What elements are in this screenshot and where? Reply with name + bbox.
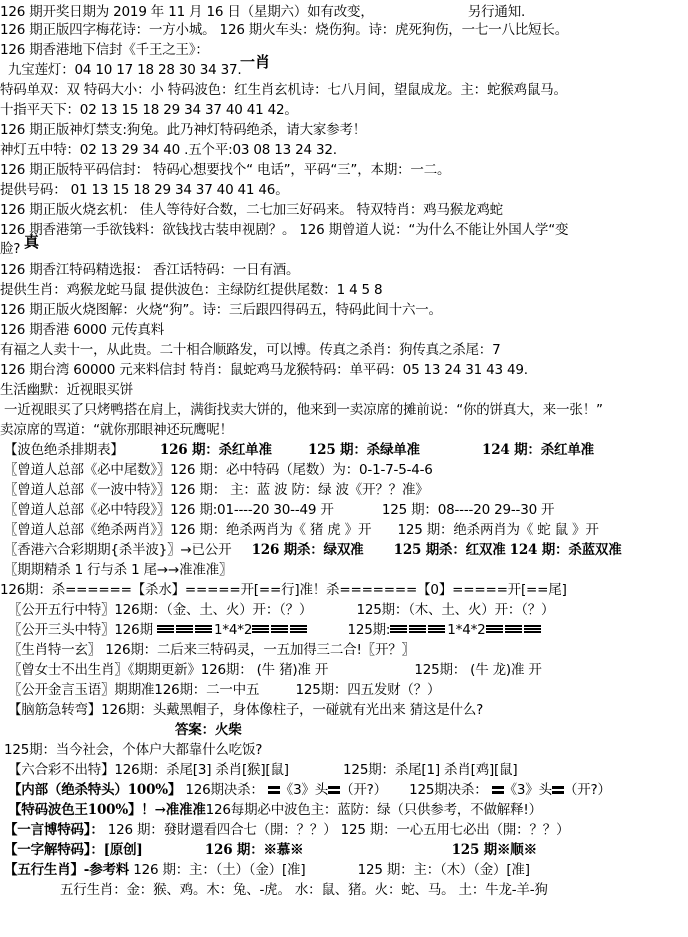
five-element-126: 〖公开五行中特〗126期：（金、土、火）开：（？）: [8, 602, 312, 618]
golden-words-line: 〖公开金言玉语〗期期准126期：二一中五 125期：四五发财（？）: [8, 681, 440, 699]
hk-first-hand-line: 126 期香港第一手欲钱料：欲钱找古装申视剧？。 126 期曾道人说：“为什么不…: [0, 221, 568, 239]
humor-body-line-1: 一近视眼买了只烤鸭搭在肩上，满街找卖大饼的，他来到一卖凉席的摊前说：“你的饼真大…: [4, 401, 603, 419]
inner-head-line: 【内部（绝杀特头）100%】 126期决杀： 《3》头（开?） 125期决杀： …: [8, 781, 611, 799]
five-elements-zodiac-line: 【五行生肖】-参考料 126 期：主：（土）（金）[准] 125 期：主：（木）…: [4, 861, 530, 879]
one-word-special-label: 【一言博特码】：: [4, 822, 104, 838]
kill-line: 126期：杀======【杀水】=====开[==行]准！杀=======【0】…: [0, 581, 567, 599]
hk-fax-title: 126 期香港 6000 元传真料: [0, 321, 164, 339]
draw-date-line: 126 期开奖日期为 2019 年 11 月 16 日（星期六）如有改变， 另行…: [0, 3, 525, 21]
inner-head-126-prefix: 126期决杀：: [185, 782, 263, 798]
one-word-special-125: 125 期：一心五用七必出（開：？？）: [341, 822, 570, 838]
half-wave-125: 125 期杀：红双准: [394, 542, 506, 558]
five-elements-zodiac-125: 125 期：主：（木）（金）[准]: [358, 862, 530, 878]
plum-poem-line: 126 期正版四字梅花诗：一方小城。 126 期火车头：烧伤狗。诗：虎死狗伤，一…: [0, 21, 568, 39]
humor-title: 生活幽默：近视眼买饼: [0, 381, 133, 399]
special-odd-even-line: 特码单双：双 特码大小：小 特码波色：红生肖玄机诗：七八月间，望鼠成龙。主：蛇猴…: [0, 81, 567, 99]
segment-126: 〖曾道人总部《必中特段》〗126 期:01----20 30--49 开: [4, 502, 334, 518]
hk-envelope-title: 126 期香港地下信封《千王之王》：: [0, 41, 209, 59]
special-flat-envelope-line: 126 期正版特平码信封： 特码心想要找个“ 电话”，平码“三”，本期：一二。: [0, 161, 450, 179]
inner-head-125-status: （开?）: [564, 782, 611, 798]
five-elements-zodiac-126: 126 期：主：（土）（金）[准]: [133, 862, 305, 878]
half-wave-line: 〖香港六合彩期期{杀半波}〗→已公开 126 期杀：绿双准 125 期杀：红双准…: [4, 541, 622, 559]
wave-kill-label: 【波色绝杀排期表】: [4, 442, 124, 458]
masked-block-icon: [552, 786, 564, 795]
three-head-125-label: 125期:: [347, 622, 390, 638]
wave-kill-126: 126 期：杀红单准: [160, 442, 272, 458]
golden-words-126: 〖公开金言玉语〗期期准126期：二一中五: [8, 682, 259, 698]
inner-head-126-status: （开?）: [340, 782, 387, 798]
masked-bars-icon: [390, 621, 447, 639]
brain-teaser-next: 125期：当今社会，个体户大都靠什么吃饭?: [4, 741, 262, 759]
kill-two-125: 125 期：绝杀两肖为《 蛇 鼠 》开: [397, 522, 598, 538]
tail-number-line: 〖曾道人总部《必中尾数》〗126 期：必中特码（尾数）为：0-1-7-5-4-6: [4, 461, 433, 479]
one-word-special-line: 【一言博特码】： 126 期：發財還看四合七（開：？？） 125 期：一心五用七…: [4, 821, 569, 839]
brain-teaser-answer: 答案：火柴: [175, 721, 242, 739]
draw-date-text: 126 期开奖日期为 2019 年 11 月 16 日（星期六）如有改变，: [0, 4, 374, 20]
masked-bars-icon: [252, 621, 309, 639]
wave-king-line: 【特码波色王100%】！→准准准126每期必中波色主：蓝防：绿（只供参考，不做解…: [8, 801, 542, 819]
golden-words-125: 125期：四五发财（？）: [295, 682, 440, 698]
true-char-overlay: 真: [24, 234, 39, 250]
god-lamp-ban-line: 126 期正版神灯禁支:狗兔。此乃神灯特码绝杀，请大家参考！: [0, 121, 366, 139]
wave-kill-schedule: 【波色绝杀排期表】 126 期：杀红单准 125 期：杀绿单准 124 期：杀红…: [4, 441, 594, 459]
one-wave-line: 〖曾道人总部《一波中特》〗126 期： 主：蓝 波 防：绿 波《开？？准》: [4, 481, 429, 499]
wave-kill-124: 124 期：杀红单准: [482, 442, 594, 458]
provided-numbers-line: 提供号码： 01 13 15 18 29 34 37 40 41 46。: [0, 181, 289, 199]
one-char-label: 【一字解特码】：[原创]: [4, 842, 143, 858]
three-head-125-value: 1*4*2: [447, 622, 485, 638]
nine-lotus-line: 九宝莲灯：04 10 17 18 28 30 34 37.: [8, 61, 241, 79]
masked-block-icon: [268, 786, 280, 795]
provided-zodiac-line: 提供生肖：鸡猴龙蛇马鼠 提供波色：主绿防红提供尾数：1 4 5 8: [0, 281, 382, 299]
no-special-125: 125期：杀尾[1] 杀肖[鸡][鼠]: [343, 762, 517, 778]
one-char-126: 126 期：※慕※: [205, 842, 304, 858]
masked-bars-icon: [486, 621, 543, 639]
three-head-label: 〖公开三头中特〗126期: [8, 622, 153, 638]
five-elements-zodiac-label: 【五行生肖】-参考料: [4, 862, 129, 878]
masked-block-icon: [328, 786, 340, 795]
inner-head-126-value: 《3》头: [280, 782, 328, 798]
face-change-line: 脸?: [0, 240, 20, 258]
xiangjiang-line: 126 期香江特码精选报： 香江话特码：一日有酒。: [0, 261, 299, 279]
wave-king-text: 126每期必中波色主：蓝防：绿（只供参考，不做解释!）: [206, 802, 542, 818]
half-wave-label: 〖香港六合彩期期{杀半波}〗→已公开: [4, 542, 231, 558]
half-wave-126: 126 期杀：绿双准: [252, 542, 364, 558]
three-head-126-value: 1*4*2: [214, 622, 252, 638]
miss-zeng-line: 〖曾女士不出生肖〗《期期更新》126期： (牛 猪)准 开 125期： (牛 龙…: [8, 661, 542, 679]
wave-king-label: 【特码波色王100%】！→准准准: [8, 802, 206, 818]
five-element-line: 〖公开五行中特〗126期：（金、土、火）开：（？） 125期：（木、土、火）开：…: [8, 601, 554, 619]
humor-body-line-2: 卖凉席的骂道：“就你那眼神还玩鹰呢！: [0, 421, 233, 439]
zodiac-riddle-line: 〖生肖特一玄〗 126期：二后来三特码灵，一五加得三二合!〖开？〗: [8, 641, 415, 659]
five-element-125: 125期：（木、土、火）开：（？）: [356, 602, 554, 618]
one-char-line: 【一字解特码】：[原创] 126 期：※慕※ 125 期※顺※: [4, 841, 537, 859]
kill-two-126: 〖曾道人总部《绝杀两肖》〗126 期：绝杀两肖为《 猪 虎 》开: [4, 522, 371, 538]
one-word-special-126: 126 期：發財還看四合七（開：？？）: [108, 822, 337, 838]
notice-text: 另行通知.: [468, 4, 525, 20]
fire-mystery-line: 126 期正版火烧玄机： 佳人等待好合数，二七加三好码来。 特双特肖：鸡马猴龙鸡…: [0, 201, 503, 219]
miss-zeng-125: 125期： (牛 龙)准 开: [414, 662, 541, 678]
inner-head-label: 【内部（绝杀特头）100%】: [8, 782, 181, 798]
taiwan-envelope-line: 126 期台湾 60000 元来料信封 特肖：鼠蛇鸡马龙猴特码：单平码：05 1…: [0, 361, 528, 379]
no-special-126: 【六合彩不出特】126期：杀尾[3] 杀肖[猴][鼠]: [8, 762, 289, 778]
one-char-125: 125 期※顺※: [452, 842, 537, 858]
fax-content-line: 有福之人卖十一，从此贵。二十相合顺路发，可以博。传真之杀肖：狗传真之杀尾：7: [0, 341, 501, 359]
five-elements-legend: 五行生肖：金：猴、鸡。木：兔、-虎。 水：鼠、猪。火：蛇、马。 土：牛龙-羊-狗: [60, 881, 548, 899]
ten-fingers-line: 十指平天下：02 13 15 18 29 34 37 40 41 42。: [0, 101, 298, 119]
one-zodiac-overlay: 一肖: [240, 54, 270, 70]
inner-head-125-prefix: 125期决杀：: [409, 782, 487, 798]
brain-teaser-question: 【脑筋急转弯】126期：头戴黑帽子，身体像柱子，一碰就有光出来 猜这是什么?: [8, 701, 483, 719]
masked-block-icon: [492, 786, 504, 795]
fire-diagram-line: 126 期正版火烧图解：火烧“狗”。诗：三后跟四得码五，特码此间十六一。: [0, 301, 442, 319]
miss-zeng-126: 〖曾女士不出生肖〗《期期更新》126期： (牛 猪)准 开: [8, 662, 328, 678]
three-head-line: 〖公开三头中特〗126期 1*4*2 125期:1*4*2: [8, 621, 543, 639]
segment-125: 125 期：08----20 29--30 开: [382, 502, 554, 518]
half-wave-124: 124 期：杀蓝双准: [510, 542, 622, 558]
kill-two-zodiac-line: 〖曾道人总部《绝杀两肖》〗126 期：绝杀两肖为《 猪 虎 》开 125 期：绝…: [4, 521, 599, 539]
inner-head-125-value: 《3》头: [504, 782, 552, 798]
segment-line: 〖曾道人总部《必中特段》〗126 期:01----20 30--49 开 125…: [4, 501, 554, 519]
kill-line-header: 〖期期精杀 1 行与杀 1 尾→→准准准〗: [4, 561, 232, 579]
no-special-line: 【六合彩不出特】126期：杀尾[3] 杀肖[猴][鼠] 125期：杀尾[1] 杀…: [8, 761, 518, 779]
wave-kill-125: 125 期：杀绿单准: [308, 442, 420, 458]
masked-bars-icon: [157, 621, 214, 639]
god-lamp-five-line: 神灯五中特：02 13 29 34 40 .五个平:03 08 13 24 32…: [0, 141, 337, 159]
